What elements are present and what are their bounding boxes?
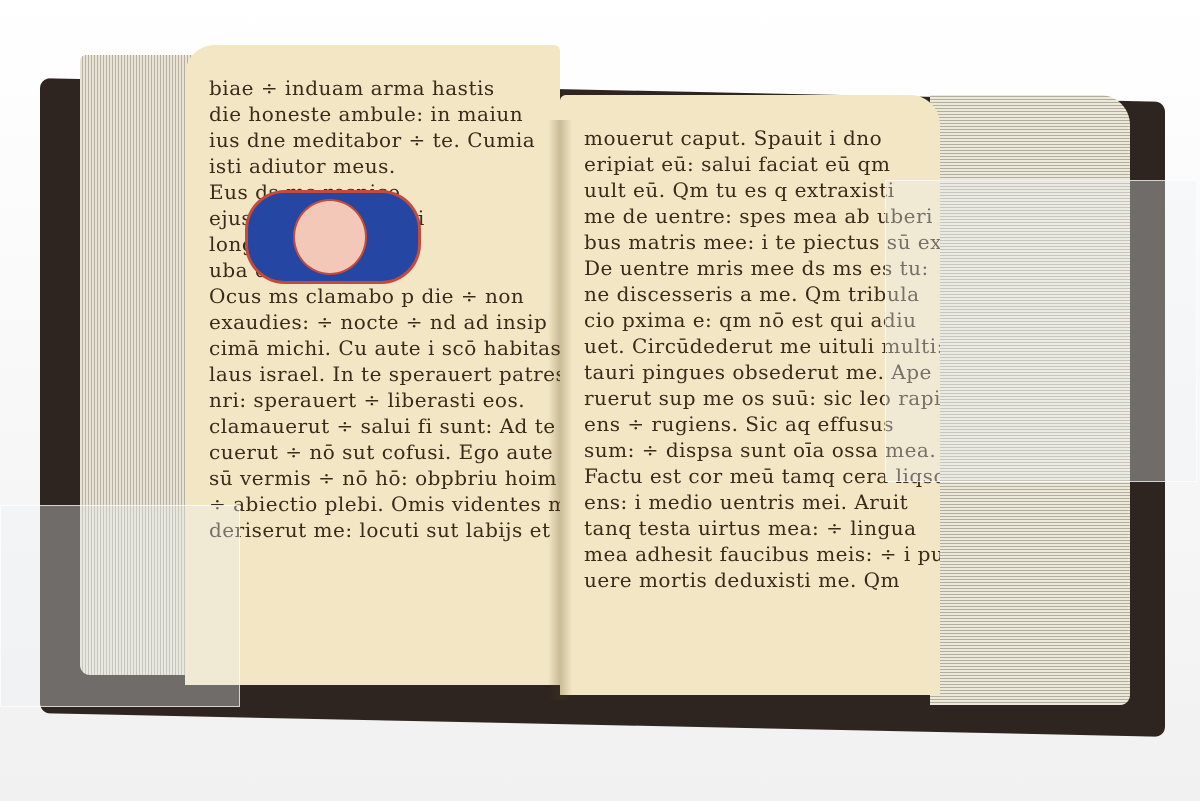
text-line: ius dne meditabor ÷ te. Cumia (209, 127, 536, 153)
text-line: sum: ÷ dispsa sunt oīa ossa mea. (584, 437, 916, 463)
text-line: bus matris mee: i te piectus sū ex utero… (584, 229, 916, 255)
text-line: deriserut me: locuti sut labijs et (209, 517, 536, 543)
text-line: uere mortis deduxisti me. Qm (584, 567, 916, 593)
text-line: ne discesseris a me. Qm tribula (584, 281, 916, 307)
text-line: mea adhesit faucibus meis: ÷ i pul (584, 541, 916, 567)
text-line: uet. Circūdederut me uituli multi: (584, 333, 916, 359)
text-line: tauri pingues obsederut me. Ape (584, 359, 916, 385)
text-line: isti adiutor meus. (209, 153, 536, 179)
text-line: nri: sperauert ÷ liberasti eos. (209, 387, 536, 413)
text-line: cuerut ÷ nō sut cofusi. Ego aute (209, 439, 536, 465)
text-line: mouerut caput. Spauit i dno (584, 125, 916, 151)
text-line: clamauerut ÷ salui fi sunt: Ad te (209, 413, 536, 439)
left-page: biae ÷ induam arma hastisdie honeste amb… (185, 45, 560, 685)
text-line: ens: i medio uentris mei. Aruit (584, 489, 916, 515)
text-line: eripiat eū: salui faciat eū qm (584, 151, 916, 177)
text-line: tanq testa uirtus mea: ÷ lingua (584, 515, 916, 541)
text-line: me de uentre: spes mea ab uberi (584, 203, 916, 229)
text-line: sū vermis ÷ nō hō: obpbriu hoim (209, 465, 536, 491)
text-line: De uentre mris mee ds ms es tu: (584, 255, 916, 281)
text-line: cio pxima e: qm nō est qui adiu (584, 307, 916, 333)
text-line: ens ÷ rugiens. Sic aq effusus (584, 411, 916, 437)
right-page: mouerut caput. Spauit i dnoeripiat eū: s… (560, 95, 940, 695)
text-line: exaudies: ÷ nocte ÷ nd ad insip (209, 309, 536, 335)
text-line: ruerut sup me os suū: sic leo rapi (584, 385, 916, 411)
text-line: uult eū. Qm tu es q extraxisti (584, 177, 916, 203)
text-line: laus israel. In te sperauert patres (209, 361, 536, 387)
acrylic-page-holder-left (0, 505, 240, 707)
illuminated-initial (245, 190, 421, 284)
book-gutter (548, 120, 572, 700)
text-line: Factu est cor meū tamq cera liqsc (584, 463, 916, 489)
text-line: Ocus ms clamabo p die ÷ non (209, 283, 536, 309)
text-line: biae ÷ induam arma hastis (209, 75, 536, 101)
initial-ornament (293, 199, 367, 275)
text-line: die honeste ambule: in maiun (209, 101, 536, 127)
text-line: ÷ abiectio plebi. Omis videntes me (209, 491, 536, 517)
text-line: cimā michi. Cu aute i scō habitas (209, 335, 536, 361)
acrylic-page-holder-right (885, 180, 1197, 482)
